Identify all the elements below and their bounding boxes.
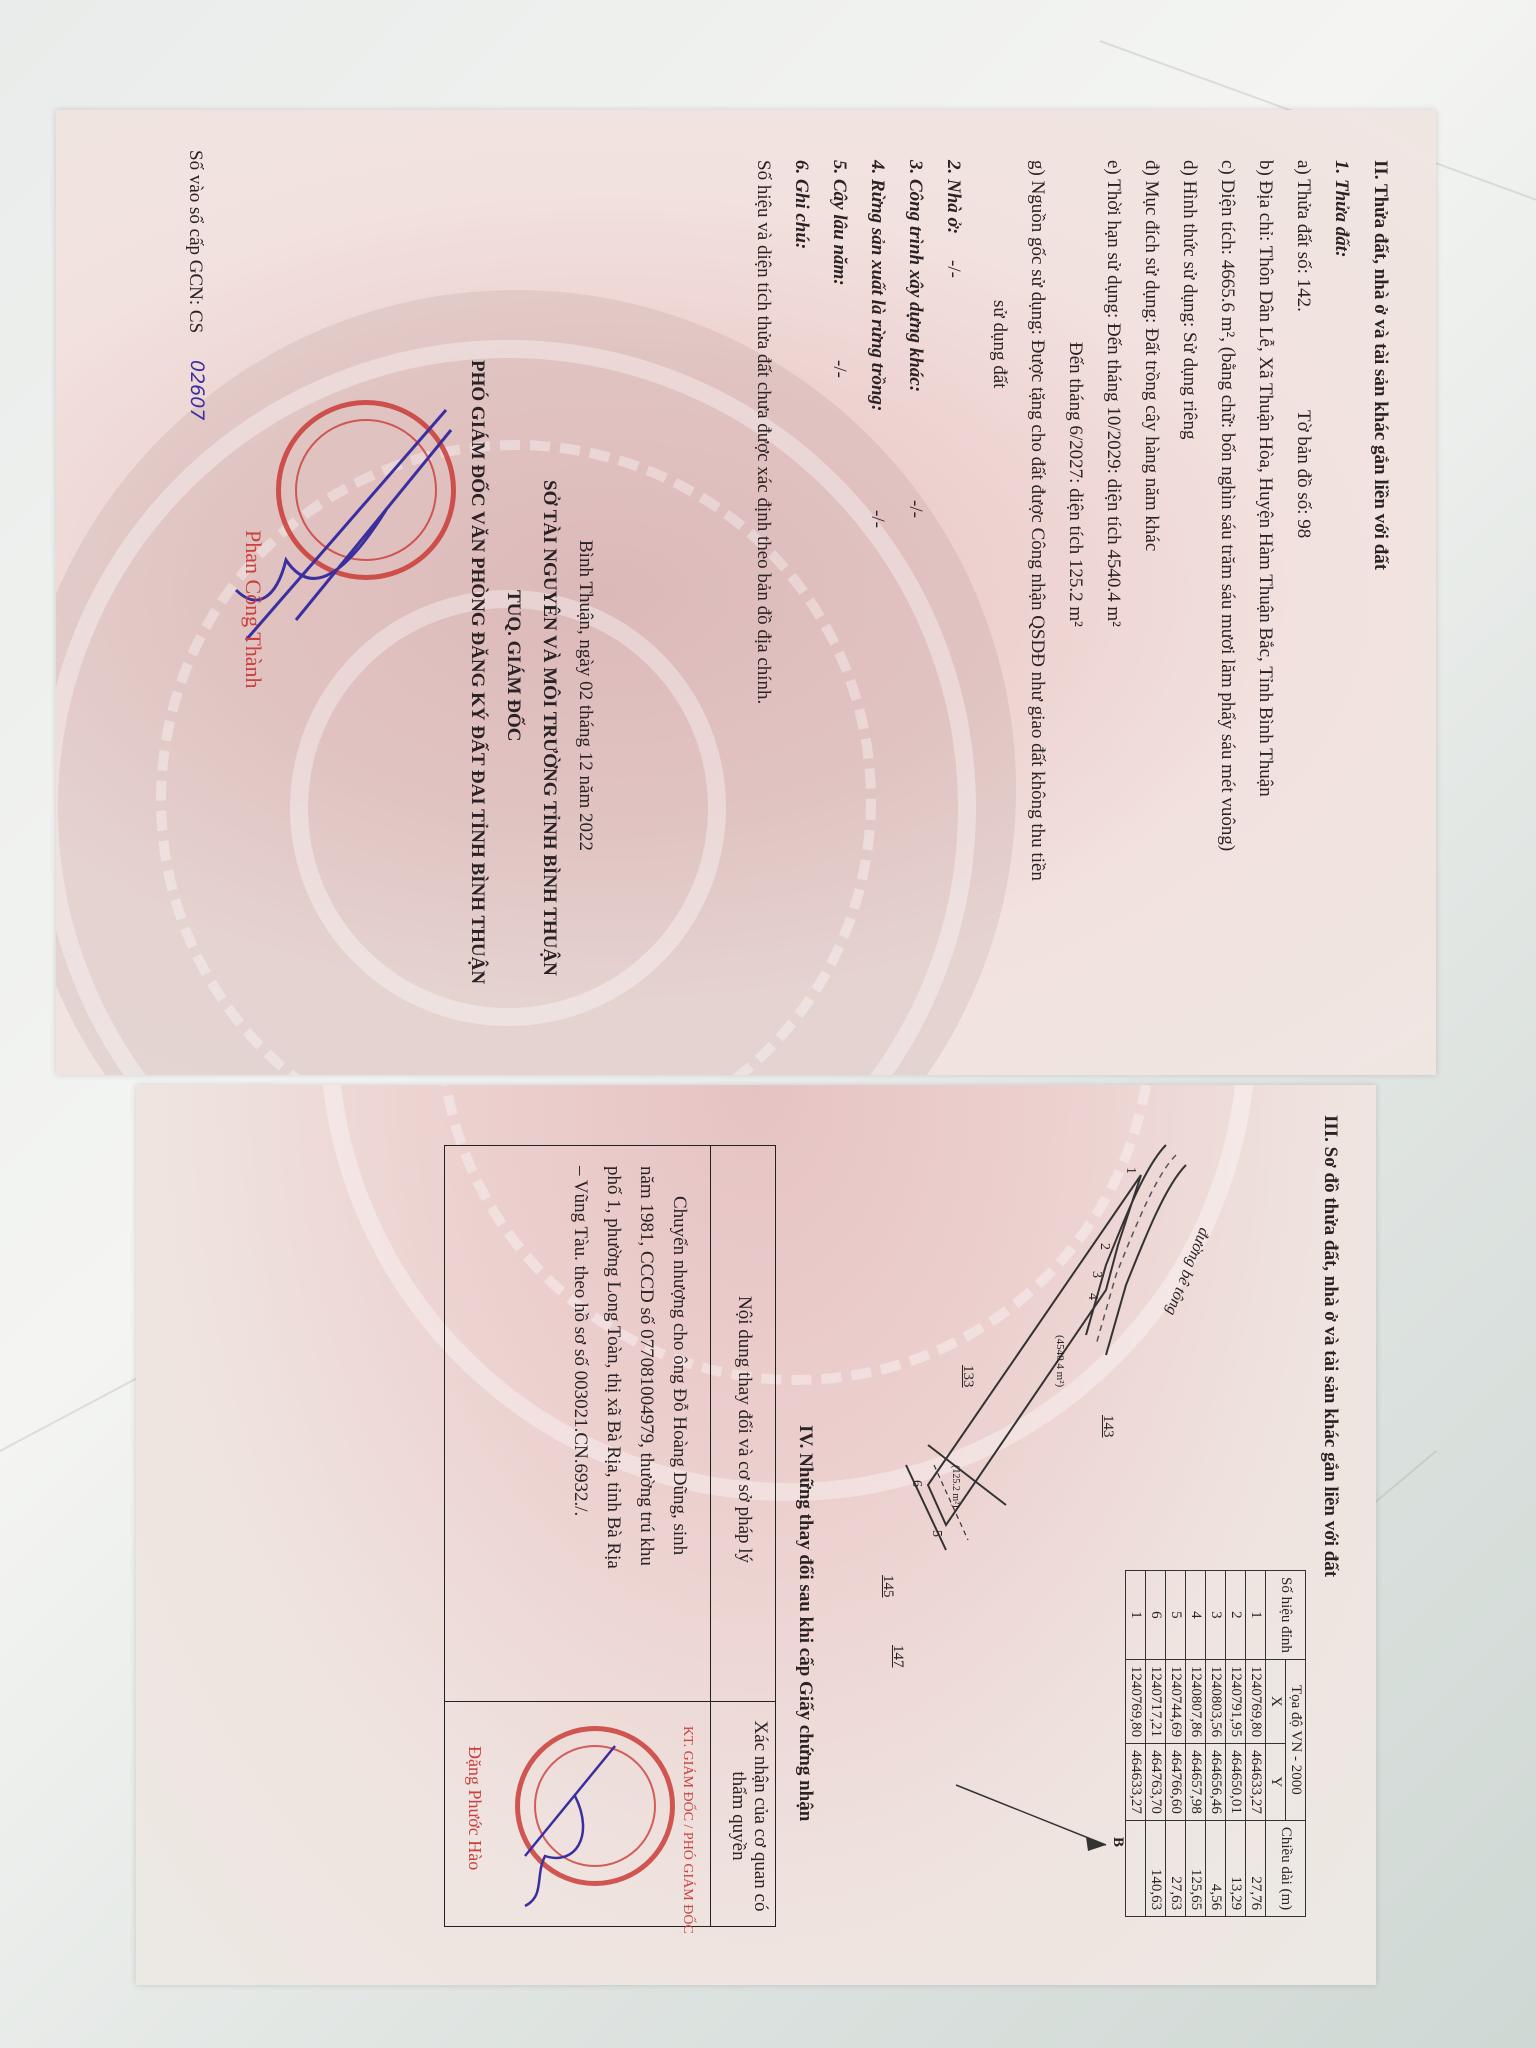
coord-row: 11240769,80464633,2727,76 — [1246, 1571, 1266, 1917]
left-page: II. Thửa đất, nhà ở và tài sản khác gắn … — [56, 110, 1436, 1075]
coord-vertex: 3 — [1206, 1571, 1226, 1660]
col-system: Tọa độ VN - 2000 — [1286, 1659, 1306, 1820]
coord-row: 61240717,21464763,70140,63 — [1146, 1571, 1166, 1917]
confirm-signature — [495, 1736, 635, 1916]
use-term-2: Đến tháng 6/2027: diện tích 125.2 m² — [1064, 342, 1086, 627]
coord-y: 464763,70 — [1146, 1744, 1166, 1821]
coord-length: 140,63 — [1146, 1820, 1166, 1916]
coord-row: 41240807,86464657,98125,65 — [1186, 1571, 1206, 1917]
coord-length: 13,29 — [1226, 1820, 1246, 1916]
parcel-133: 133 — [959, 1365, 976, 1388]
coordinates-table: Số hiệu đỉnh Tọa độ VN - 2000 Chiều dài … — [1125, 1570, 1306, 1917]
item-construction-value: -/- — [904, 500, 926, 518]
item-notes: 6. Ghi chú: — [790, 160, 812, 249]
coord-row: 21240791,95464650,0113,29 — [1226, 1571, 1246, 1917]
coord-x: 1240717,21 — [1146, 1659, 1166, 1743]
coord-length: 27,76 — [1246, 1820, 1266, 1916]
signer-name: Phan Công Thành — [240, 530, 266, 688]
coord-y: 464657,98 — [1186, 1744, 1206, 1821]
item1-heading: 1. Thửa đất: — [1330, 160, 1352, 257]
item-construction: 3. Công trình xây dựng khác: — [904, 160, 926, 392]
item-forest-value: -/- — [866, 510, 888, 528]
vertex-3: 3 — [1088, 1271, 1104, 1278]
coord-length: 4,56 — [1206, 1820, 1226, 1916]
parcel-143: 143 — [1099, 1415, 1116, 1438]
coord-x: 1240769,80 — [1126, 1659, 1146, 1743]
right-page: III. Sơ đồ thửa đất, nhà ở và tài sản kh… — [136, 1085, 1376, 1985]
use-origin: g) Nguồn gốc sử dụng: Được tặng cho đất … — [1026, 160, 1048, 881]
vertex-4: 4 — [1084, 1293, 1100, 1300]
coord-y: 464766,60 — [1166, 1744, 1186, 1821]
coord-y: 464650,01 — [1226, 1744, 1246, 1821]
map-sheet-number: Tờ bản đồ số: 98 — [1292, 410, 1314, 538]
area-small: (125.2 m²) — [950, 1465, 961, 1507]
coord-vertex: 1 — [1246, 1571, 1266, 1660]
coord-x: 1240791,95 — [1226, 1659, 1246, 1743]
vertex-2: 2 — [1096, 1243, 1112, 1250]
item-forest: 4. Rừng sản xuất là rừng trồng: — [866, 160, 888, 411]
col-y: Y — [1266, 1744, 1286, 1821]
coord-vertex: 2 — [1226, 1571, 1246, 1660]
coord-vertex: 4 — [1186, 1571, 1206, 1660]
coord-vertex: 5 — [1166, 1571, 1186, 1660]
coord-row: 11240769,80464633,27 — [1126, 1571, 1146, 1917]
gcn-label: Số vào sổ cấp GCN: CS — [184, 150, 206, 333]
vertex-1: 1 — [1122, 1167, 1138, 1174]
use-form: d) Hình thức sử dụng: Sử dụng riêng — [1178, 160, 1200, 439]
area: c) Diện tích: 4665.6 m², (bằng chữ: bốn … — [1216, 160, 1238, 851]
changes-title: IV. Những thay đổi sau khi cấp Giấy chứn… — [794, 1425, 816, 1821]
item-perennial-value: -/- — [828, 360, 850, 378]
coord-x: 1240803,56 — [1206, 1659, 1226, 1743]
coord-x: 1240744,69 — [1166, 1659, 1186, 1743]
vertex-5: 5 — [928, 1530, 944, 1537]
col-content-header: Nội dung thay đổi và cơ sở pháp lý — [733, 1296, 755, 1563]
coord-row: 31240803,56464656,464,56 — [1206, 1571, 1226, 1917]
coord-vertex: 6 — [1146, 1571, 1166, 1660]
coord-vertex: 1 — [1126, 1571, 1146, 1660]
coord-x: 1240807,86 — [1186, 1659, 1206, 1743]
parcel-147: 147 — [889, 1645, 906, 1668]
item-house: 2. Nhà ở: — [942, 160, 964, 234]
confirm-title: KT. GIÁM ĐỐC / PHÓ GIÁM ĐỐC — [679, 1726, 695, 1934]
coord-x: 1240769,80 — [1246, 1659, 1266, 1743]
coord-row: 51240744,69464766,6027,63 — [1166, 1571, 1186, 1917]
col-vertex: Số hiệu đỉnh — [1266, 1571, 1306, 1660]
change-entry-line4: – Vũng Tàu. theo hồ sơ số 003021.CN.6932… — [569, 1166, 591, 1516]
authority: SỞ TÀI NGUYÊN VÀ MÔI TRƯỜNG TỈNH BÌNH TH… — [538, 480, 560, 976]
coord-length: 125,65 — [1186, 1820, 1206, 1916]
item-perennial: 5. Cây lâu năm: — [828, 160, 850, 286]
on-behalf: TUQ. GIÁM ĐỐC — [502, 590, 524, 741]
item-house-value: -/- — [942, 260, 964, 278]
vertex-6: 6 — [908, 1480, 924, 1487]
use-term: e) Thời hạn sử dụng: Đến tháng 10/2029: … — [1102, 160, 1124, 627]
use-purpose: đ) Mục đích sử dụng: Đất trồng cây hàng … — [1140, 160, 1162, 551]
coord-y: 464656,46 — [1206, 1744, 1226, 1821]
place-date: Bình Thuận, ngày 02 tháng 12 năm 2022 — [574, 540, 596, 851]
area-main: (4540.4 m²) — [1054, 1335, 1066, 1387]
col-x: X — [1266, 1659, 1286, 1743]
coord-y: 464633,27 — [1126, 1744, 1146, 1821]
gcn-number: 02607 — [186, 360, 208, 420]
land-certificate: II. Thửa đất, nhà ở và tài sản khác gắn … — [56, 0, 1536, 2048]
use-origin-2: sử dụng đất — [988, 300, 1010, 388]
north-arrow-label: B — [1109, 1837, 1126, 1847]
col-length: Chiều dài (m) — [1266, 1820, 1306, 1916]
coord-length — [1126, 1820, 1146, 1916]
change-entry-line2: năm 1981, CCCD số 077081004979, thường t… — [635, 1166, 657, 1566]
changes-table: Nội dung thay đổi và cơ sở pháp lý Xác n… — [444, 1145, 776, 1927]
parcel-number: a) Thửa đất số: 142. — [1292, 160, 1314, 312]
coord-y: 464633,27 — [1246, 1744, 1266, 1821]
col-confirm-header: Xác nhận của cơ quan có thẩm quyền — [727, 1716, 771, 1916]
note-text: Số hiệu và diện tích thửa đất chưa được … — [752, 160, 774, 704]
change-entry-line1: Chuyển nhượng cho ông Đỗ Hoàng Dũng, sin… — [668, 1196, 690, 1555]
coord-length: 27,63 — [1166, 1820, 1186, 1916]
parcel-145: 145 — [879, 1575, 896, 1598]
address: b) Địa chỉ: Thôn Dân Lễ, Xã Thuận Hòa, H… — [1254, 160, 1276, 797]
change-entry-line3: phố 1, phường Long Toàn, thị xã Bà Rịa, … — [602, 1166, 624, 1569]
section-title: II. Thửa đất, nhà ở và tài sản khác gắn … — [1369, 160, 1391, 570]
confirm-signer: Đặng Phước Hào — [464, 1746, 485, 1870]
